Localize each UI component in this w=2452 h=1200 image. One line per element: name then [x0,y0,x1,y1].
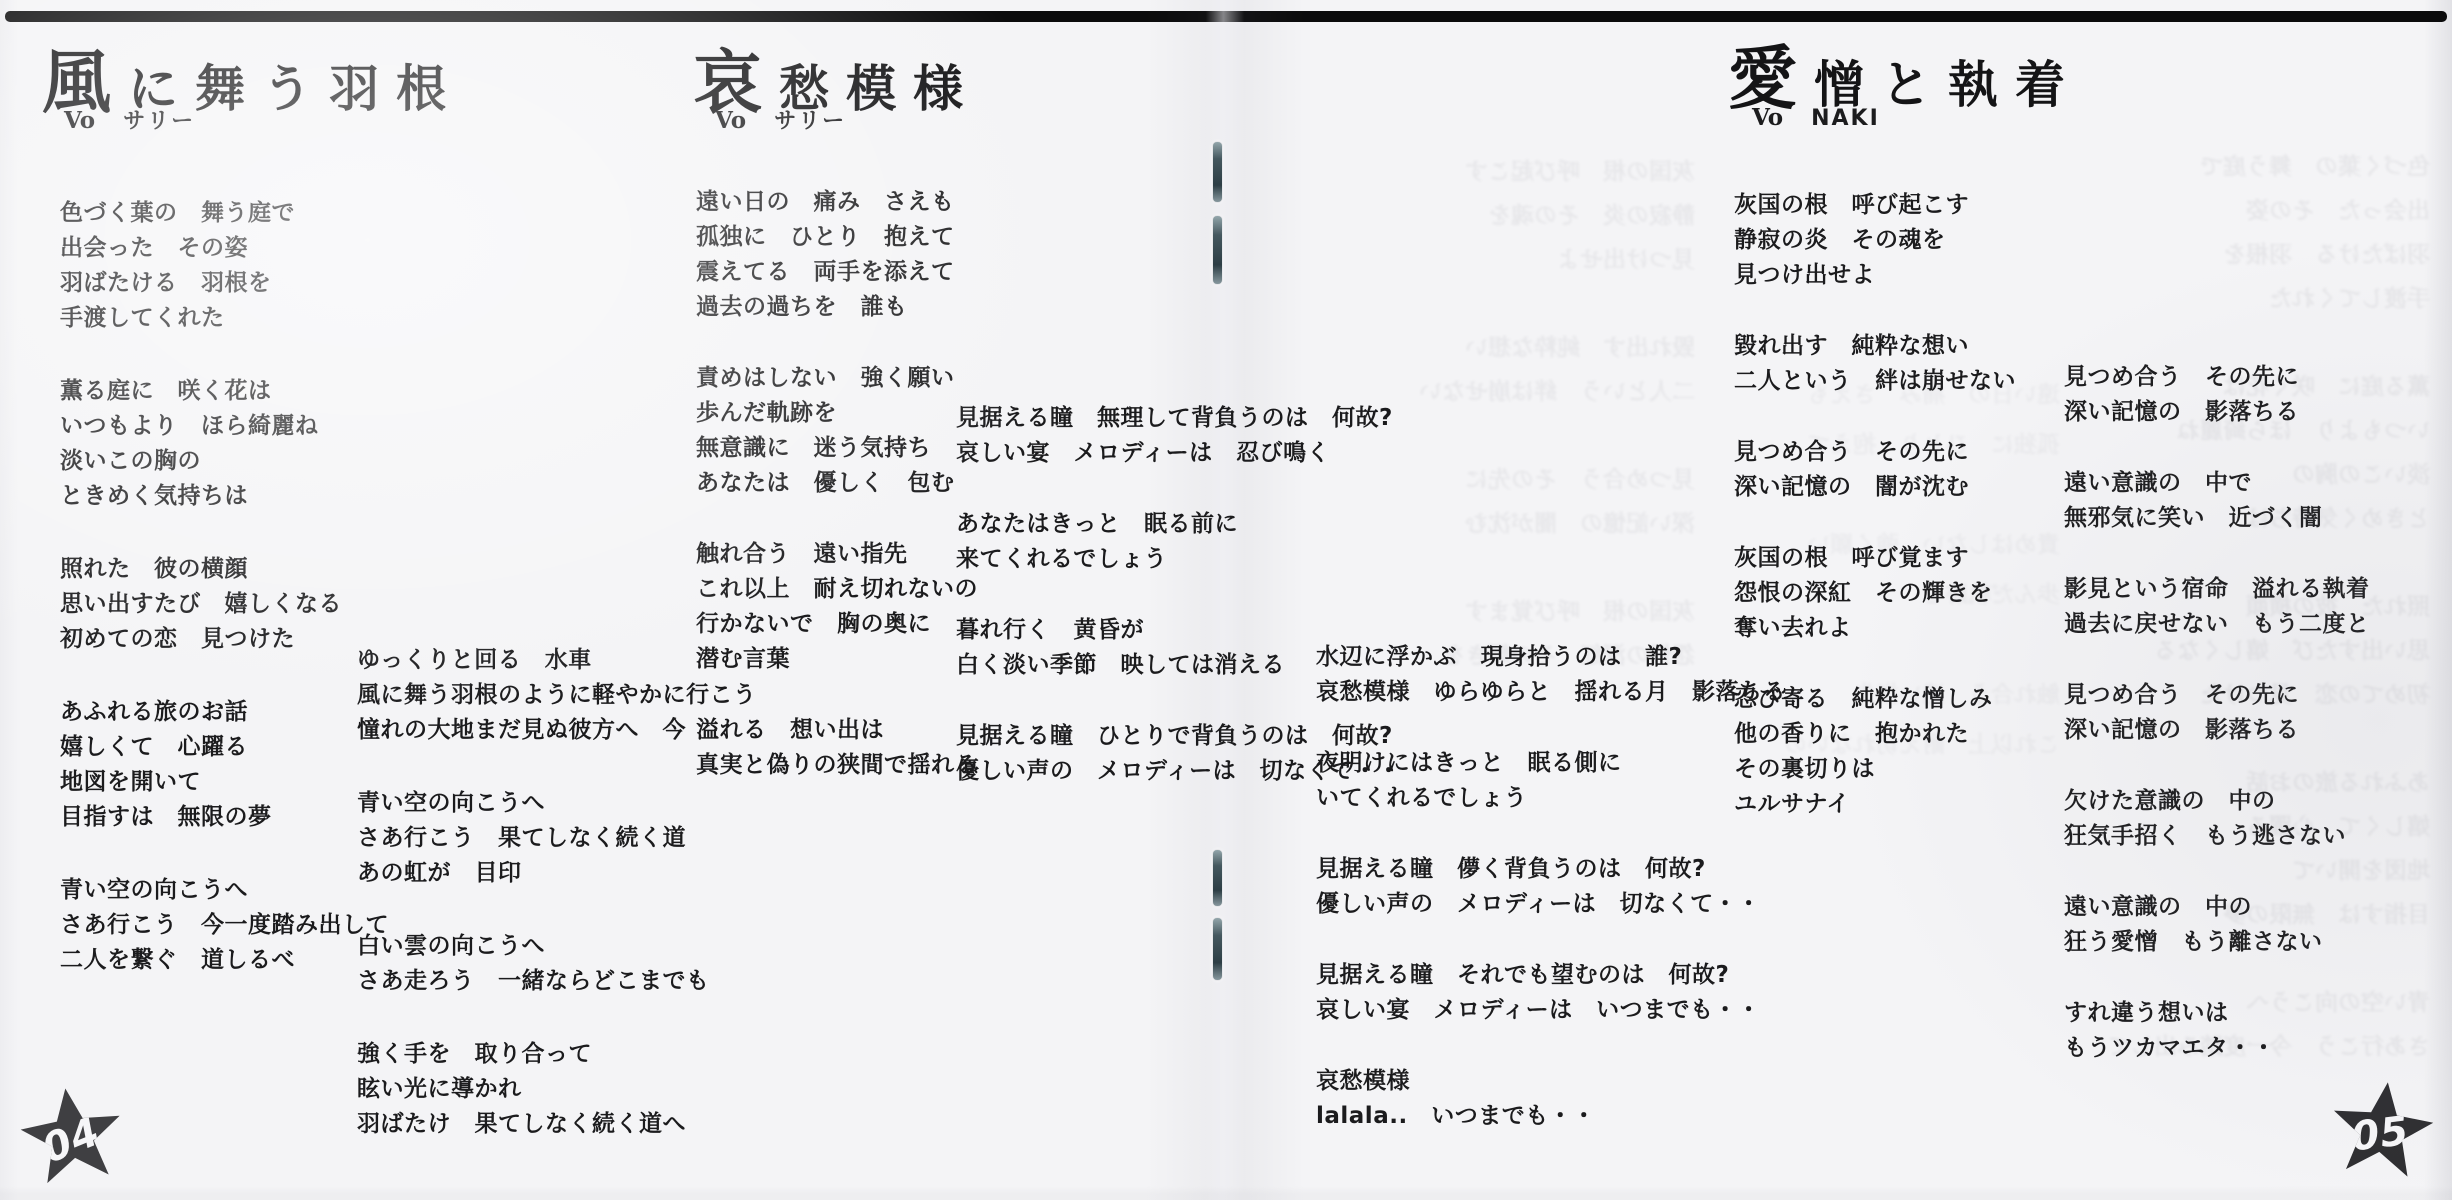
vocalist-name: NAKI [1811,106,1880,131]
show-through-line: 手渡してくれた [2150,277,2430,321]
show-through-line: 羽ばたける 羽根を [2150,233,2430,277]
show-through-line: 見つけ出せよ [1395,238,1695,282]
show-through-text-left: 灰国の根 呼び起こす静寂の炎 その魂を見つけ出せよ 毀れ出す 純粋な想い二人とい… [1395,150,1695,678]
lyric-line: 無意識に 迷う気持ち [696,431,978,466]
lyric-stanza: 青い空の向こうへさあ行こう 今一度踏み出して二人を繋ぐ 道しるべ [60,873,389,978]
staple-leg [1213,850,1222,906]
lyric-line: lalala.. いつまでも・・ [1316,1099,1786,1134]
lyric-stanza: 強く手を 取り合って眩い光に導かれ羽ばたけ 果てしなく続く道へ [357,1037,757,1142]
lyric-stanza: 薫る庭に 咲く花はいつもより ほら綺麗ね淡いこの胸のときめく気持ちは [60,374,389,514]
lyric-line: 強く手を 取り合って [357,1037,757,1072]
lyric-line: 行かないで 胸の奥に [696,607,978,642]
lyric-line: 照れた 彼の横顔 [60,552,389,587]
vocal-credit: VoNAKI [1752,104,1880,131]
lyric-line: 薫る庭に 咲く花は [60,374,389,409]
show-through-line: 灰国の根 呼び覚ます [1395,590,1695,634]
lyric-line: 怨恨の深紅 その輝きを [1734,576,2016,611]
lyric-stanza: 忍び寄る 純粋な憎しみ他の香りに 抱かれたその裏切りはユルサナイ [1734,682,2016,822]
lyric-line: ときめく気持ちは [60,479,389,514]
vocalist-name: サリー [123,109,195,134]
lyric-line: ユルサナイ [1734,787,2016,822]
lyric-line: 灰国の根 呼び起こす [1734,188,2016,223]
lyric-line: 深い記憶の 闇が沈む [1734,470,2016,505]
lyric-line: あなたは 優しく 包む [696,466,978,501]
lyric-line: 深い記憶の 影落ちる [2064,713,2370,748]
lyric-line: 白い雲の向こうへ [357,929,757,964]
show-through-line [2150,321,2430,365]
lyric-line: 目指すは 無限の夢 [60,800,389,835]
lyric-stanza: 影見という宿命 溢れる執着過去に戻せない もう二度と [2064,572,2370,642]
show-through-line [1395,546,1695,590]
lyric-line: 思い出すたび 嬉しくなる [60,587,389,622]
lyric-stanza: 見据える瞳 それでも望むのは 何故?哀しい宴 メロディーは いつまでも・・ [1316,958,1786,1028]
title-character: 憎 [1814,60,1864,110]
title-character: 模 [846,64,896,114]
lyric-stanza: 哀愁模様lalala.. いつまでも・・ [1316,1064,1786,1134]
lyric-line: 羽ばたける 羽根を [60,266,389,301]
lyric-line: 潜む言葉 [696,642,978,677]
lyric-stanza: 毀れ出す 純粋な想い二人という 絆は崩せない [1734,329,2016,399]
lyric-line: 眩い光に導かれ [357,1072,757,1107]
lyric-line: 優しい声の メロディーは 切なくて・・ [1316,887,1786,922]
lyric-line: 責めはしない 強く願い [696,361,978,396]
lyric-line: 他の香りに 抱かれた [1734,717,2016,752]
title-character: 様 [913,64,963,114]
lyric-line: 静寂の炎 その魂を [1734,223,2016,258]
staple-leg [1213,216,1222,284]
lyric-stanza: 照れた 彼の横顔思い出すたび 嬉しくなる初めての恋 見つけた [60,552,389,657]
lyric-line: 狂気手招く もう逃さない [2064,819,2370,854]
lyric-stanza: 灰国の根 呼び覚ます怨恨の深紅 その輝きを奪い去れよ [1734,541,2016,646]
title-character: と [1881,60,1931,110]
lyric-stanza: 触れ合う 遠い指先これ以上 耐え切れないの行かないで 胸の奥に潜む言葉 [696,537,978,677]
page-number-star-right: 05 [2327,1076,2438,1183]
lyric-line: 水辺に浮かぶ 現身拾うのは 誰? [1316,640,1786,675]
lyric-line: さあ行こう 果てしなく続く道 [357,821,757,856]
lyric-line: これ以上 耐え切れないの [696,572,978,607]
lyric-stanza: 遠い日の 痛み さえも孤独に ひとり 抱えて震えてる 両手を添えて過去の過ちを … [696,185,978,325]
lyric-line: 淡いこの胸の [60,444,389,479]
lyric-line: さあ行こう 今一度踏み出して [60,908,389,943]
lyric-line: 哀しい宴 メロディーは いつまでも・・ [1316,993,1786,1028]
lyric-stanza: 見つめ合う その先に深い記憶の 影落ちる [2064,360,2370,430]
lyric-line: いつもより ほら綺麗ね [60,409,389,444]
lyric-line: 奪い去れよ [1734,611,2016,646]
show-through-line: 静寂の炎 その魂を [1395,194,1695,238]
lyric-line: 見つめ合う その先に [1734,435,2016,470]
lyric-line: 見つめ合う その先に [2064,678,2370,713]
lyric-line: 哀しい宴 メロディーは 忍び鳴く [956,436,1401,471]
lyrics-column: 水辺に浮かぶ 現身拾うのは 誰?哀愁模様 ゆらゆらと 揺れる月 影落ちる夜明けに… [1316,640,1786,1170]
lyric-line: 欠けた意識の 中の [2064,784,2370,819]
vocal-label: Vo [715,107,746,134]
lyric-line: 深い記憶の 影落ちる [2064,395,2370,430]
lyric-line: 羽ばたけ 果てしなく続く道へ [357,1107,757,1142]
page-number: 04 [36,1108,107,1172]
lyric-line: 遠い意識の 中の [2064,890,2370,925]
lyric-stanza: 遠い意識の 中の狂う愛憎 もう離さない [2064,890,2370,960]
lyric-line: 見つけ出せよ [1734,258,2016,293]
lyric-stanza: 欠けた意識の 中の狂気手招く もう逃さない [2064,784,2370,854]
lyric-line: 毀れ出す 純粋な想い [1734,329,2016,364]
lyric-line: 色づく葉の 舞う庭で [60,196,389,231]
title-character: 舞 [195,64,245,114]
lyric-line: 過去の過ちを 誰も [696,290,978,325]
lyric-line: 哀愁模様 [1316,1064,1786,1099]
lyric-stanza: 灰国の根 呼び起こす静寂の炎 その魂を見つけ出せよ [1734,188,2016,293]
lyric-stanza: 見据える瞳 無理して背負うのは 何故?哀しい宴 メロディーは 忍び鳴く [956,401,1401,471]
lyric-stanza: 責めはしない 強く願い歩んだ軌跡を無意識に 迷う気持ちあなたは 優しく 包む [696,361,978,501]
title-character: 愛 [1728,44,1797,113]
lyrics-column: 色づく葉の 舞う庭で出会った その姿羽ばたける 羽根を手渡してくれた薫る庭に 咲… [60,196,389,1016]
lyric-line: 孤独に ひとり 抱えて [696,220,978,255]
lyric-line: さあ走ろう 一緒ならどこまでも [357,964,757,999]
lyric-stanza: 見つめ合う その先に深い記憶の 闇が沈む [1734,435,2016,505]
lyric-line: その裏切りは [1734,752,2016,787]
lyric-line: 忍び寄る 純粋な憎しみ [1734,682,2016,717]
title-character: 着 [2015,60,2065,110]
lyric-stanza: 白い雲の向こうへさあ走ろう 一緒ならどこまでも [357,929,757,999]
show-through-line: 毀れ出す 純粋な想い [1395,326,1695,370]
lyric-line: 来てくれるでしょう [956,542,1401,577]
lyric-line: 灰国の根 呼び覚ます [1734,541,2016,576]
vocalist-name: サリー [774,109,846,134]
lyric-stanza: 見つめ合う その先に深い記憶の 影落ちる [2064,678,2370,748]
lyric-line: 青い空の向こうへ [60,873,389,908]
staple-leg [1213,142,1222,202]
lyric-line: 二人という 絆は崩せない [1734,364,2016,399]
lyric-line: 無邪気に笑い 近づく闇 [2064,501,2370,536]
vocal-label: Vo [1752,104,1783,131]
lyric-line: 歩んだ軌跡を [696,396,978,431]
lyrics-column: 遠い日の 痛み さえも孤独に ひとり 抱えて震えてる 両手を添えて過去の過ちを … [696,185,978,819]
page-number-star-left: 04 [16,1082,128,1191]
show-through-line: 見つめ合う その先に [1395,458,1695,502]
show-through-line: 色づく葉の 舞う庭で [2150,145,2430,189]
lyric-line: いてくれるでしょう [1316,781,1786,816]
lyric-line: 見据える瞳 無理して背負うのは 何故? [956,401,1401,436]
lyric-stanza: 遠い意識の 中で無邪気に笑い 近づく闇 [2064,466,2370,536]
lyric-line: あふれる旅のお話 [60,695,389,730]
lyric-stanza: 溢れる 想い出は真実と偽りの狭間で揺れる [696,713,978,783]
show-through-line: 灰国の根 呼び起こす [1395,150,1695,194]
lyric-line: 震えてる 両手を添えて [696,255,978,290]
lyric-line: すれ違う想いは [2064,996,2370,1031]
lyric-line: 遠い意識の 中で [2064,466,2370,501]
lyric-stanza: あなたはきっと 眠る前に来てくれるでしょう [956,507,1401,577]
lyric-stanza: あふれる旅のお話嬉しくて 心躍る地図を開いて目指すは 無限の夢 [60,695,389,835]
staple-leg [1213,918,1222,980]
title-character: 根 [396,64,446,114]
lyric-line: 手渡してくれた [60,301,389,336]
lyric-line: 狂う愛憎 もう離さない [2064,925,2370,960]
vocal-credit: Voサリー [64,104,195,135]
page-number: 05 [2349,1108,2412,1161]
star-icon: 04 [16,1082,128,1191]
show-through-line [1395,282,1695,326]
lyric-line: 夜明けにはきっと 眠る側に [1316,746,1786,781]
lyric-stanza: 見据える瞳 儚く背負うのは 何故?優しい声の メロディーは 切なくて・・ [1316,852,1786,922]
lyric-line: 触れ合う 遠い指先 [696,537,978,572]
lyric-stanza: 色づく葉の 舞う庭で出会った その姿羽ばたける 羽根を手渡してくれた [60,196,389,336]
lyric-line: 見据える瞳 それでも望むのは 何故? [1316,958,1786,993]
lyric-stanza: すれ違う想いはもうツカマエタ・・ [2064,996,2370,1066]
lyrics-column: 見つめ合う その先に深い記憶の 影落ちる遠い意識の 中で無邪気に笑い 近づく闇影… [2064,360,2370,1102]
show-through-line: 出会った その姿 [2150,189,2430,233]
title-character: 羽 [329,64,379,114]
lyric-line: 見据える瞳 儚く背負うのは 何故? [1316,852,1786,887]
lyric-line: あなたはきっと 眠る前に [956,507,1401,542]
vocal-credit: Voサリー [715,104,846,135]
lyric-stanza: 水辺に浮かぶ 現身拾うのは 誰?哀愁模様 ゆらゆらと 揺れる月 影落ちる [1316,640,1786,710]
lyric-line: 遠い日の 痛み さえも [696,185,978,220]
lyric-line: 出会った その姿 [60,231,389,266]
lyrics-column: 灰国の根 呼び起こす静寂の炎 その魂を見つけ出せよ毀れ出す 純粋な想い二人という… [1734,188,2016,858]
lyric-line: 二人を繋ぐ 道しるべ [60,943,389,978]
star-icon: 05 [2327,1076,2438,1183]
vocal-label: Vo [64,107,95,134]
lyric-line: 地図を開いて [60,765,389,800]
title-character: 執 [1948,60,1998,110]
lyric-line: 哀愁模様 ゆらゆらと 揺れる月 影落ちる [1316,675,1786,710]
show-through-line: 深い記憶の 闇が沈む [1395,502,1695,546]
lyric-line: 真実と偽りの狭間で揺れる [696,748,978,783]
lyric-line: 嬉しくて 心躍る [60,730,389,765]
lyric-line: 影見という宿命 溢れる執着 [2064,572,2370,607]
lyric-line: あの虹が 目印 [357,856,757,891]
booklet-spread-scan: 灰国の根 呼び起こす静寂の炎 その魂を見つけ出せよ 毀れ出す 純粋な想い二人とい… [0,0,2452,1200]
lyric-line: 初めての恋 見つけた [60,622,389,657]
show-through-line: 二人という 絆は崩せない [1395,370,1695,414]
lyric-line: もうツカマエタ・・ [2064,1031,2370,1066]
lyric-line: 過去に戻せない もう二度と [2064,607,2370,642]
lyric-line: 溢れる 想い出は [696,713,978,748]
song-title: 愛憎と執着 [1728,44,2082,113]
lyric-stanza: 夜明けにはきっと 眠る側にいてくれるでしょう [1316,746,1786,816]
lyric-line: 見つめ合う その先に [2064,360,2370,395]
show-through-line [1395,414,1695,458]
title-character: う [262,64,312,114]
